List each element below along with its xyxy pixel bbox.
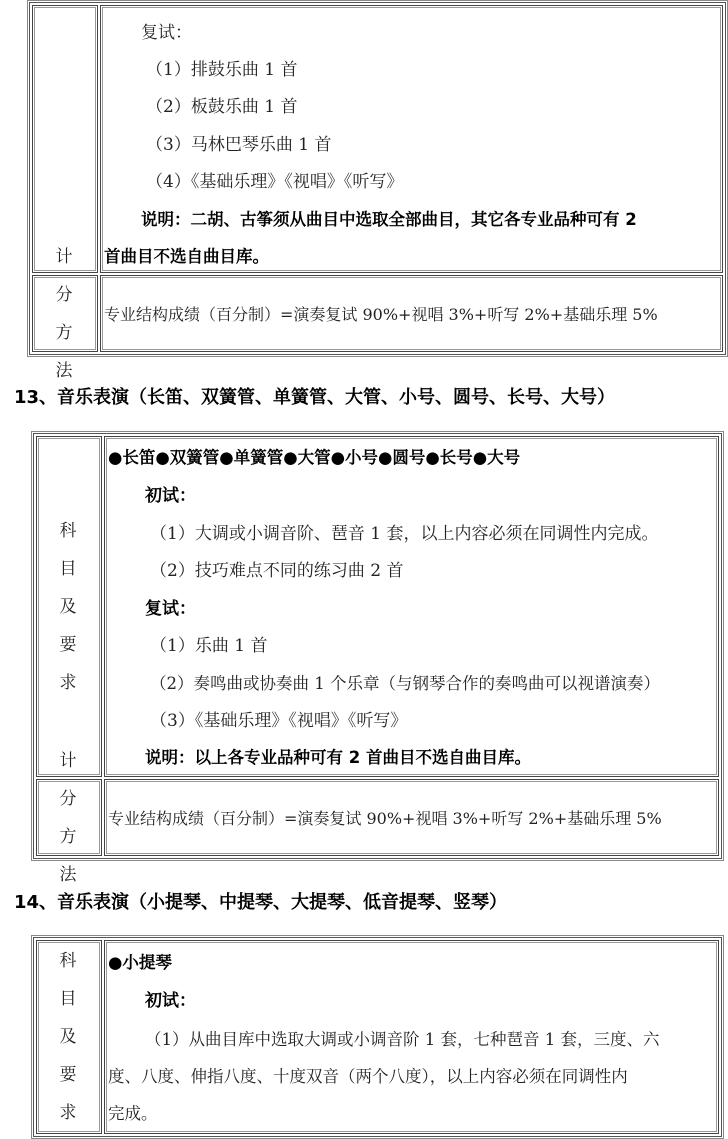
- scoring-label-cell: 计分 方法: [36, 779, 102, 856]
- subjects-label-line2: 及: [51, 588, 87, 626]
- scoring-label-line2: 方法: [51, 818, 87, 894]
- first-test-item-1-line3: 完成。: [108, 1103, 158, 1125]
- scoring-formula-cell: 专业结构成绩（百分制）=演奏复试 90%+视唱 3%+听写 2%+基础乐理 5%: [104, 779, 719, 856]
- scoring-formula: 专业结构成绩（百分制）=演奏复试 90%+视唱 3%+听写 2%+基础乐理 5%: [104, 304, 658, 326]
- subjects-content-cell: ●小提琴 初试： （1）从曲目库中选取大调或小调音阶 1 套，七种琶音 1 套，…: [104, 940, 719, 1134]
- first-test-item-1: （1）大调或小调音阶、琶音 1 套，以上内容必须在同调性内完成。: [150, 523, 658, 545]
- instrument-name: ●小提琴: [108, 952, 172, 974]
- retest-label: 复试：: [141, 22, 192, 44]
- retest-item-2: （2）奏鸣曲或协奏曲 1 个乐章（与钢琴合作的奏鸣曲可以视谱演奏）: [150, 673, 660, 695]
- section13-heading: 13、音乐表演（长笛、双簧管、单簧管、大管、小号、圆号、长号、大号）: [14, 383, 615, 409]
- subjects-label-line1: 科目: [51, 512, 87, 588]
- subjects-content-cell: ●长笛●双簧管●单簧管●大管●小号●圆号●长号●大号 初试： （1）大调或小调音…: [104, 436, 719, 777]
- section14-heading: 14、音乐表演（小提琴、中提琴、大提琴、低音提琴、竖琴）: [14, 888, 507, 914]
- subjects-label-line3: 要求: [51, 1056, 87, 1132]
- scoring-label-line1: 计分: [47, 238, 83, 314]
- first-test-item-1-line2: 度、八度、伸指八度、十度双音（两个八度），以上内容必须在同调性内: [108, 1066, 628, 1088]
- retest-label: 复试：: [145, 598, 196, 620]
- first-test-label: 初试：: [145, 485, 196, 507]
- retest-item-2: （2）板鼓乐曲 1 首: [146, 96, 297, 118]
- first-test-label: 初试：: [145, 990, 196, 1012]
- scoring-label-line1: 计分: [51, 742, 87, 818]
- retest-item-3: （3）《基础乐理》《视唱》《听写》: [150, 710, 407, 732]
- subjects-label-line1: 科目: [51, 942, 87, 1018]
- section12-scoring-row: 计分 方法 专业结构成绩（百分制）=演奏复试 90%+视唱 3%+听写 2%+基…: [32, 275, 723, 352]
- subjects-label-cell: 科目 及 要求: [36, 940, 102, 1134]
- retest-item-4: （4）《基础乐理》《视唱》《听写》: [146, 171, 403, 193]
- subjects-label-cell: 科目 及 要求: [36, 436, 102, 777]
- scoring-label-line2: 方法: [47, 314, 83, 390]
- subjects-label-line3: 要求: [51, 626, 87, 702]
- section12-subjects-row: 复试： （1）排鼓乐曲 1 首 （2）板鼓乐曲 1 首 （3）马林巴琴乐曲 1 …: [32, 5, 723, 273]
- scoring-formula-cell: 专业结构成绩（百分制）=演奏复试 90%+视唱 3%+听写 2%+基础乐理 5%: [100, 275, 723, 352]
- retest-item-1: （1）排鼓乐曲 1 首: [146, 59, 297, 81]
- note-line-1: 说明：二胡、古筝须从曲目中选取全部曲目，其它各专业品种可有 2: [141, 209, 637, 231]
- retest-item-1: （1）乐曲 1 首: [150, 635, 267, 657]
- section12-table: 复试： （1）排鼓乐曲 1 首 （2）板鼓乐曲 1 首 （3）马林巴琴乐曲 1 …: [29, 2, 726, 355]
- section12-subjects-content-cell: 复试： （1）排鼓乐曲 1 首 （2）板鼓乐曲 1 首 （3）马林巴琴乐曲 1 …: [100, 5, 723, 273]
- instrument-list: ●长笛●双簧管●单簧管●大管●小号●圆号●长号●大号: [108, 447, 520, 469]
- first-test-item-1-line1: （1）从曲目库中选取大调或小调音阶 1 套，七种琶音 1 套，三度、六: [145, 1029, 659, 1051]
- section13-scoring-row: 计分 方法 专业结构成绩（百分制）=演奏复试 90%+视唱 3%+听写 2%+基…: [36, 779, 719, 856]
- section14-subjects-row: 科目 及 要求 ●小提琴 初试： （1）从曲目库中选取大调或小调音阶 1 套，七…: [36, 940, 719, 1134]
- scoring-formula: 专业结构成绩（百分制）=演奏复试 90%+视唱 3%+听写 2%+基础乐理 5%: [108, 808, 662, 830]
- scoring-label-cell: 计分 方法: [32, 275, 98, 352]
- note-line-2: 首曲目不选自曲目库。: [104, 246, 269, 268]
- section14-table: 科目 及 要求 ●小提琴 初试： （1）从曲目库中选取大调或小调音阶 1 套，七…: [33, 937, 722, 1137]
- section12-subjects-label-cell: [32, 5, 98, 273]
- subjects-label-line2: 及: [51, 1018, 87, 1056]
- section13-table: 科目 及 要求 ●长笛●双簧管●单簧管●大管●小号●圆号●长号●大号 初试： （…: [33, 433, 722, 859]
- retest-item-3: （3）马林巴琴乐曲 1 首: [146, 134, 331, 156]
- note: 说明：以上各专业品种可有 2 首曲目不选自曲目库。: [145, 747, 531, 769]
- first-test-item-2: （2）技巧难点不同的练习曲 2 首: [150, 560, 403, 582]
- section13-subjects-row: 科目 及 要求 ●长笛●双簧管●单簧管●大管●小号●圆号●长号●大号 初试： （…: [36, 436, 719, 777]
